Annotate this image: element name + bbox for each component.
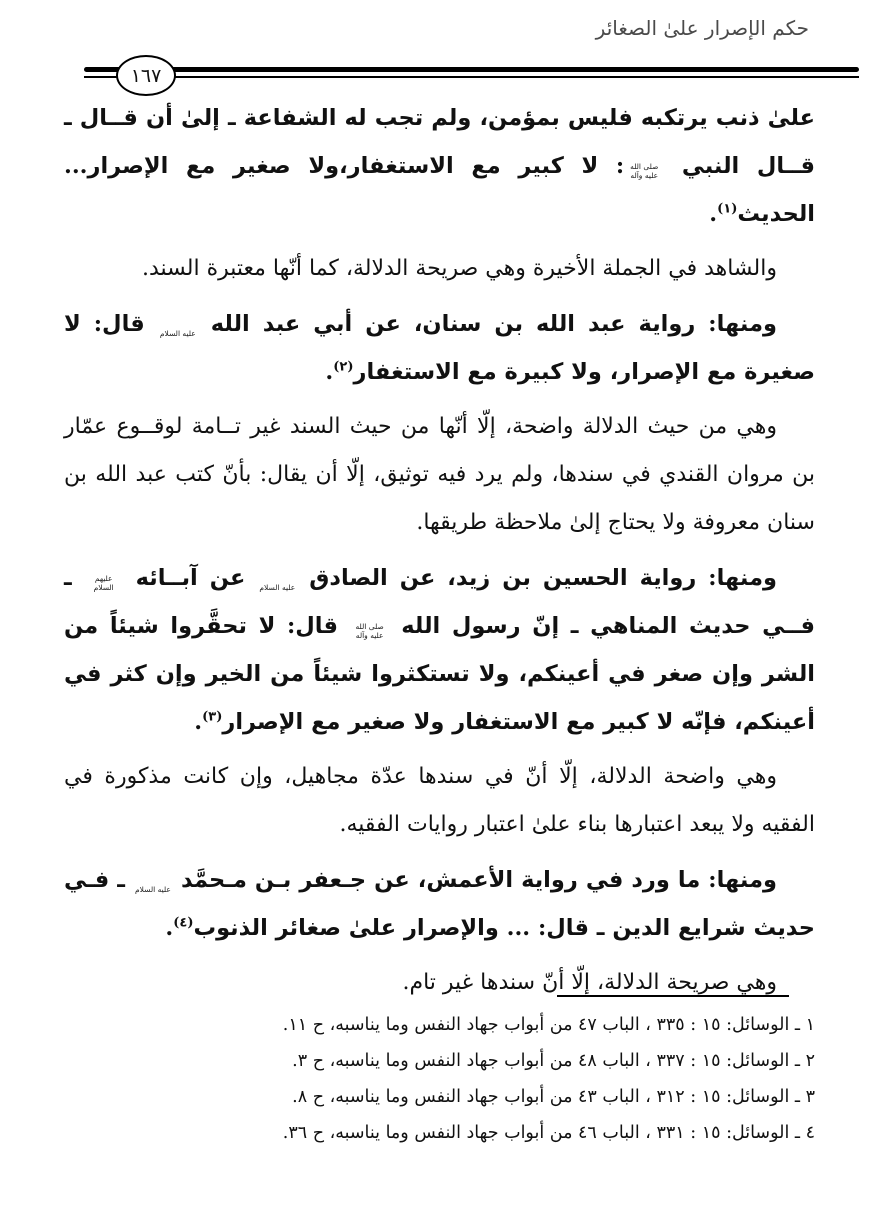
text-run: وهي صريحة الدلالة، إلّا أنّ سندها غير تا…	[402, 970, 777, 995]
text-run: ومنها: رواية عبد الله بن سنان، عن أبي عب…	[198, 311, 777, 337]
paragraph: ومنها: رواية الحسين بن زيد، عن الصادق عل…	[64, 554, 815, 746]
paragraph: ومنها: رواية عبد الله بن سنان، عن أبي عب…	[64, 300, 815, 396]
footnote-marker: (٤)	[173, 916, 193, 931]
honorific-mark: عليه السلام	[133, 886, 173, 895]
text-run: عن آبــائه	[124, 565, 258, 591]
paragraph: علىٰ ذنب يرتكبه فليس بمؤمن، ولم تجب له ا…	[64, 94, 815, 238]
paragraph: ومنها: ما ورد في رواية الأعمش، عن جـعفر …	[64, 856, 815, 952]
footnote-list: ١ ـ الوسائل: ١٥ : ٣٣٥ ، الباب ٤٧ من أبوا…	[64, 1007, 815, 1151]
text-run: والشاهد في الجملة الأخيرة وهي صريحة الدل…	[142, 256, 777, 281]
text-run: ومنها: رواية الحسين بن زيد، عن الصادق	[297, 565, 777, 591]
text-run: .	[709, 201, 717, 227]
footnote-marker: (٢)	[333, 360, 353, 375]
honorific-mark: صلى الله عليه وآله	[624, 163, 664, 180]
footnote-area: ١ ـ الوسائل: ١٥ : ٣٣٥ ، الباب ٤٧ من أبوا…	[64, 995, 815, 1151]
footnote-line: ٤ ـ الوسائل: ١٥ : ٣٣١ ، الباب ٤٦ من أبوا…	[64, 1115, 815, 1151]
footnote-marker: (١)	[717, 202, 737, 217]
honorific-mark: عليه السلام	[257, 584, 297, 593]
footnote-line: ٢ ـ الوسائل: ١٥ : ٣٣٧ ، الباب ٤٨ من أبوا…	[64, 1043, 815, 1079]
footnote-separator-line	[557, 995, 789, 997]
paragraph: وهي واضحة الدلالة، إلّا أنّ في سندها عدّ…	[64, 753, 815, 849]
footnote-marker: (٣)	[202, 710, 222, 725]
page-number: ١٦٧	[131, 65, 162, 87]
paragraph: والشاهد في الجملة الأخيرة وهي صريحة الدل…	[64, 245, 815, 293]
body-text: علىٰ ذنب يرتكبه فليس بمؤمن، ولم تجب له ا…	[64, 94, 815, 1014]
running-header-title: حكم الإصرار علىٰ الصغائر	[596, 16, 809, 40]
header-ornament-rule: ١٦٧	[84, 62, 859, 88]
honorific-mark: صلى الله عليه وآله	[350, 623, 390, 640]
paragraph: وهي من حيث الدلالة واضحة، إلّا أنّها من …	[64, 403, 815, 547]
text-run: وهي واضحة الدلالة، إلّا أنّ في سندها عدّ…	[64, 764, 815, 837]
honorific-mark: عليه السلام	[158, 330, 198, 339]
footnote-line: ١ ـ الوسائل: ١٥ : ٣٣٥ ، الباب ٤٧ من أبوا…	[64, 1007, 815, 1043]
text-run: ومنها: ما ورد في رواية الأعمش، عن جـعفر …	[173, 867, 777, 893]
honorific-mark: عليهم السلام	[84, 575, 124, 592]
text-run: .	[194, 709, 202, 735]
rule-thin-line	[84, 76, 859, 78]
rule-thick-line	[84, 67, 859, 72]
page-number-badge: ١٦٧	[116, 55, 176, 96]
book-page: حكم الإصرار علىٰ الصغائر ١٦٧ علىٰ ذنب ير…	[0, 0, 881, 1217]
text-run: وهي من حيث الدلالة واضحة، إلّا أنّها من …	[64, 414, 815, 535]
footnote-line: ٣ ـ الوسائل: ١٥ : ٣١٢ ، الباب ٤٣ من أبوا…	[64, 1079, 815, 1115]
